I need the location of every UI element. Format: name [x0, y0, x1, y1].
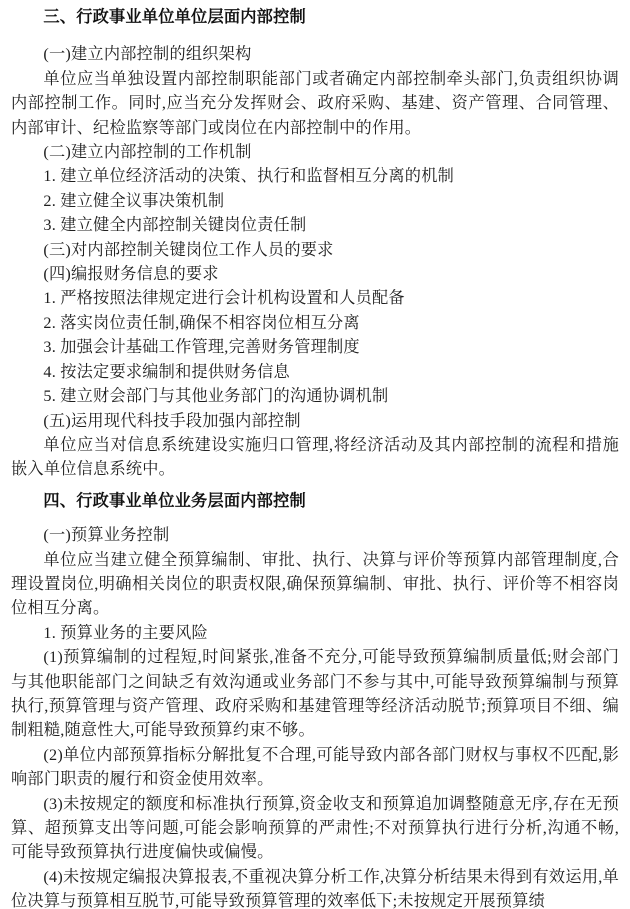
subheading-3-2: (二)建立内部控制的工作机制 — [11, 140, 619, 164]
paragraph-risk-3: (3)未按规定的额度和标准执行预算,资金收支和预算追加调整随意无序,存在无预算、… — [11, 792, 619, 865]
paragraph-risk-4: (4)未按规定编报决算报表,不重视决算分析工作,决算分析结果未得到有效运用,单位… — [11, 865, 619, 909]
subheading-3-3: (三)对内部控制关键岗位工作人员的要求 — [11, 238, 619, 262]
subheading-3-4: (四)编报财务信息的要求 — [11, 262, 619, 286]
section-3-heading: 三、行政事业单位单位层面内部控制 — [11, 5, 619, 29]
list-item-mechanism-3: 3. 建立健全内部控制关键岗位责任制 — [11, 213, 619, 237]
subheading-3-1: (一)建立内部控制的组织架构 — [11, 42, 619, 66]
list-item-mechanism-2: 2. 建立健全议事决策机制 — [11, 189, 619, 213]
document-page: 三、行政事业单位单位层面内部控制 (一)建立内部控制的组织架构 单位应当单独设置… — [0, 0, 630, 909]
list-item-finance-3: 3. 加强会计基础工作管理,完善财务管理制度 — [11, 335, 619, 359]
section-4-heading: 四、行政事业单位业务层面内部控制 — [11, 489, 619, 513]
list-item-finance-2: 2. 落实岗位责任制,确保不相容岗位相互分离 — [11, 311, 619, 335]
list-item-budget-risk-title: 1. 预算业务的主要风险 — [11, 621, 619, 645]
paragraph-budget-control: 单位应当建立健全预算编制、审批、执行、决算与评价等预算内部管理制度,合理设置岗位… — [11, 548, 619, 621]
paragraph-risk-1: (1)预算编制的过程短,时间紧张,准备不充分,可能导致预算编制质量低;财会部门与… — [11, 645, 619, 743]
paragraph-risk-2: (2)单位内部预算指标分解批复不合理,可能导致内部各部门财权与事权不匹配,影响部… — [11, 743, 619, 792]
paragraph-org-structure: 单位应当单独设置内部控制职能部门或者确定内部控制牵头部门,负责组织协调内部控制工… — [11, 67, 619, 140]
subheading-4-1: (一)预算业务控制 — [11, 523, 619, 547]
list-item-finance-5: 5. 建立财会部门与其他业务部门的沟通协调机制 — [11, 384, 619, 408]
list-item-finance-1: 1. 严格按照法律规定进行会计机构设置和人员配备 — [11, 286, 619, 310]
paragraph-info-system: 单位应当对信息系统建设实施归口管理,将经济活动及其内部控制的流程和措施嵌入单位信… — [11, 433, 619, 482]
list-item-finance-4: 4. 按法定要求编制和提供财务信息 — [11, 360, 619, 384]
subheading-3-5: (五)运用现代科技手段加强内部控制 — [11, 409, 619, 433]
list-item-mechanism-1: 1. 建立单位经济活动的决策、执行和监督相互分离的机制 — [11, 164, 619, 188]
